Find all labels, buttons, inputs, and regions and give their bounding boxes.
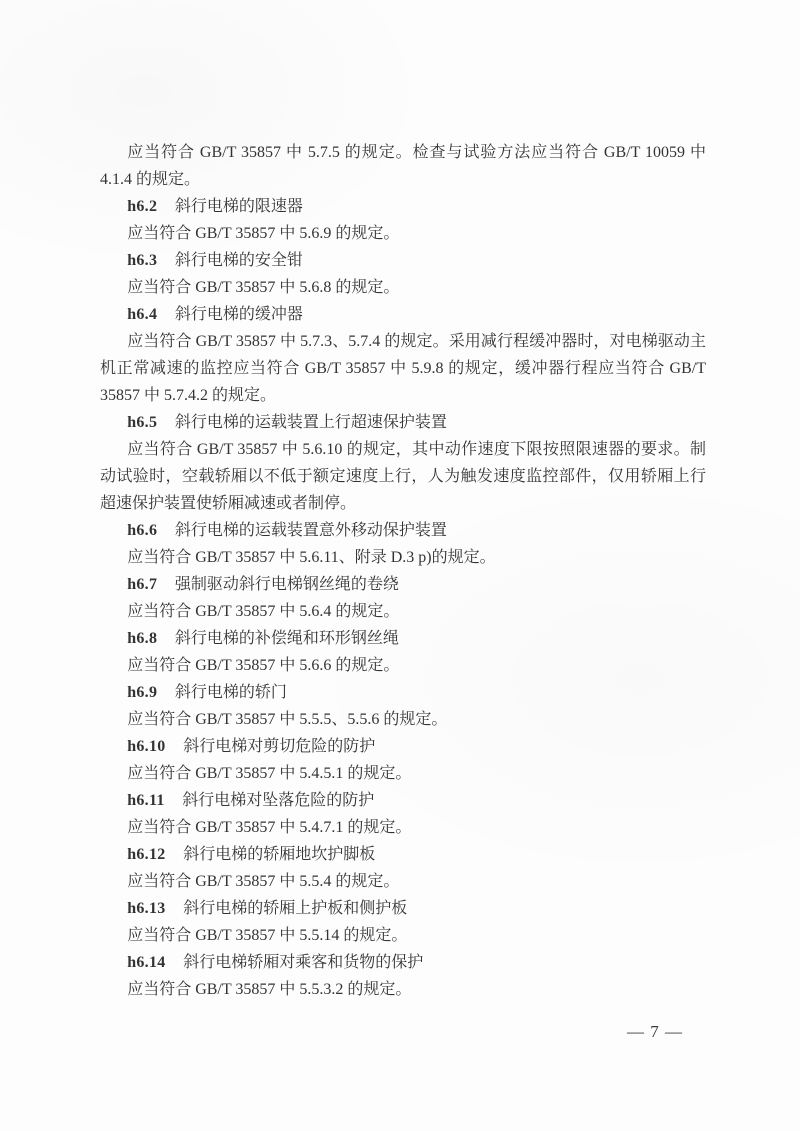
section-title: 斜行电梯的补偿绳和环形钢丝绳 — [175, 630, 399, 647]
section-title: 斜行电梯的缓冲器 — [175, 306, 303, 323]
section-title: 斜行电梯的轿厢上护板和侧护板 — [183, 900, 407, 917]
section-heading: h6.14斜行电梯轿厢对乘客和货物的保护 — [100, 949, 706, 976]
section-number: h6.12 — [127, 846, 165, 863]
section-title: 斜行电梯的运载装置上行超速保护装置 — [175, 414, 447, 431]
paragraph: 应当符合 GB/T 35857 中 5.5.4 的规定。 — [100, 868, 706, 895]
section-number: h6.13 — [127, 900, 165, 917]
section-number: h6.9 — [127, 684, 157, 701]
section-number: h6.2 — [127, 198, 157, 215]
paragraph: 应当符合 GB/T 35857 中 5.4.5.1 的规定。 — [100, 760, 706, 787]
paragraph: 应当符合 GB/T 35857 中 5.5.3.2 的规定。 — [100, 976, 706, 1003]
section-heading: h6.3斜行电梯的安全钳 — [100, 247, 706, 274]
document-content: 应当符合 GB/T 35857 中 5.7.5 的规定。检查与试验方法应当符合 … — [100, 139, 706, 1003]
section-heading: h6.10斜行电梯对剪切危险的防护 — [100, 733, 706, 760]
paragraph: 应当符合 GB/T 35857 中 5.5.14 的规定。 — [100, 922, 706, 949]
paragraph: 应当符合 GB/T 35857 中 5.6.10 的规定，其中动作速度下限按照限… — [100, 436, 706, 517]
section-heading: h6.11斜行电梯对坠落危险的防护 — [100, 787, 706, 814]
section-heading: h6.5斜行电梯的运载装置上行超速保护装置 — [100, 409, 706, 436]
section-title: 斜行电梯对剪切危险的防护 — [183, 738, 375, 755]
section-title: 斜行电梯的轿门 — [175, 684, 287, 701]
paragraph: 应当符合 GB/T 35857 中 5.6.8 的规定。 — [100, 274, 706, 301]
section-heading: h6.9斜行电梯的轿门 — [100, 679, 706, 706]
paragraph: 应当符合 GB/T 35857 中 5.6.6 的规定。 — [100, 652, 706, 679]
section-number: h6.3 — [127, 252, 157, 269]
paragraph: 应当符合 GB/T 35857 中 5.6.9 的规定。 — [100, 220, 706, 247]
page-footer: — 7 — — [595, 1022, 715, 1042]
section-title: 强制驱动斜行电梯钢丝绳的卷绕 — [175, 576, 399, 593]
document-page: 应当符合 GB/T 35857 中 5.7.5 的规定。检查与试验方法应当符合 … — [0, 0, 800, 1131]
paragraph: 应当符合 GB/T 35857 中 5.7.3、5.7.4 的规定。采用减行程缓… — [100, 328, 706, 409]
section-number: h6.10 — [127, 738, 165, 755]
section-number: h6.14 — [127, 954, 165, 971]
section-number: h6.5 — [127, 414, 157, 431]
section-heading: h6.2斜行电梯的限速器 — [100, 193, 706, 220]
section-heading: h6.8斜行电梯的补偿绳和环形钢丝绳 — [100, 625, 706, 652]
section-title: 斜行电梯对坠落危险的防护 — [182, 792, 374, 809]
section-title: 斜行电梯的限速器 — [175, 198, 303, 215]
paragraph: 应当符合 GB/T 35857 中 5.7.5 的规定。检查与试验方法应当符合 … — [100, 139, 706, 193]
section-heading: h6.7强制驱动斜行电梯钢丝绳的卷绕 — [100, 571, 706, 598]
section-title: 斜行电梯的安全钳 — [175, 252, 303, 269]
section-number: h6.4 — [127, 306, 157, 323]
paragraph: 应当符合 GB/T 35857 中 5.5.5、5.5.6 的规定。 — [100, 706, 706, 733]
section-number: h6.11 — [127, 792, 165, 809]
section-heading: h6.4斜行电梯的缓冲器 — [100, 301, 706, 328]
page-number: — 7 — — [627, 1022, 683, 1041]
section-title: 斜行电梯的运载装置意外移动保护装置 — [175, 522, 447, 539]
paragraph: 应当符合 GB/T 35857 中 5.4.7.1 的规定。 — [100, 814, 706, 841]
section-heading: h6.12斜行电梯的轿厢地坎护脚板 — [100, 841, 706, 868]
section-number: h6.6 — [127, 522, 157, 539]
section-heading: h6.13斜行电梯的轿厢上护板和侧护板 — [100, 895, 706, 922]
section-number: h6.7 — [127, 576, 157, 593]
section-number: h6.8 — [127, 630, 157, 647]
paragraph: 应当符合 GB/T 35857 中 5.6.11、附录 D.3 p)的规定。 — [100, 544, 706, 571]
section-title: 斜行电梯轿厢对乘客和货物的保护 — [183, 954, 423, 971]
paragraph: 应当符合 GB/T 35857 中 5.6.4 的规定。 — [100, 598, 706, 625]
section-heading: h6.6斜行电梯的运载装置意外移动保护装置 — [100, 517, 706, 544]
section-title: 斜行电梯的轿厢地坎护脚板 — [183, 846, 375, 863]
